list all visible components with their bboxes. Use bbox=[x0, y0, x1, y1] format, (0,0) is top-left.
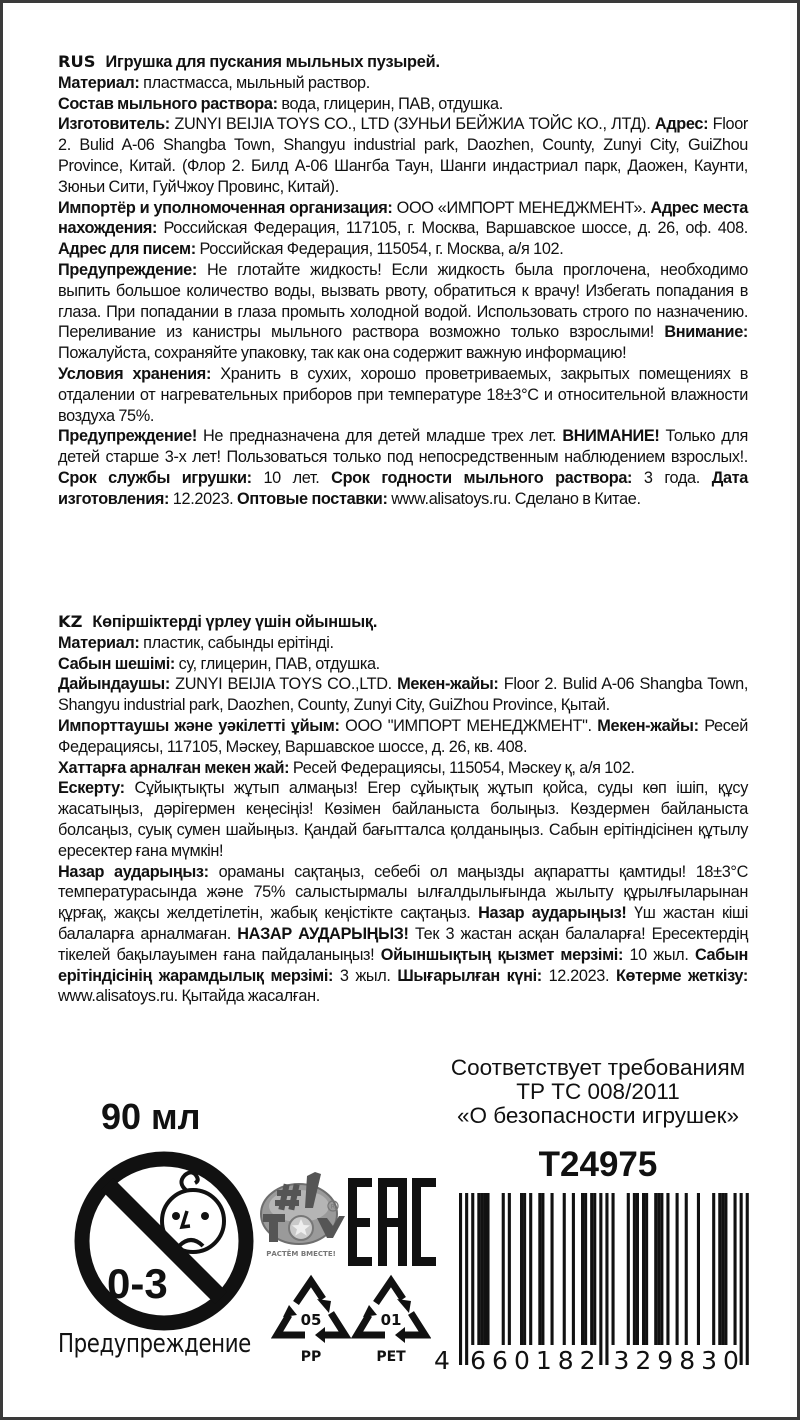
paragraph: Предупреждение: Не глотайте жидкость! Ес… bbox=[58, 260, 748, 364]
svg-text:PP: PP bbox=[301, 1349, 322, 1365]
field-label: Оптовые поставки: bbox=[237, 490, 387, 508]
paragraph: Назар аударыңыз: ораманы сақтаңыз, себеб… bbox=[58, 862, 748, 1008]
field-label: Материал: bbox=[58, 74, 139, 92]
field-value: 3 жыл. bbox=[333, 967, 397, 985]
field-label: Дайындаушы: bbox=[58, 675, 170, 693]
field-value: 12.2023. bbox=[542, 967, 616, 985]
field-label: Ойыншықтың қызмет мерзімі: bbox=[381, 946, 623, 964]
language-code: KZ bbox=[58, 612, 82, 631]
svg-text:R: R bbox=[331, 1204, 335, 1211]
svg-text:PET: PET bbox=[376, 1349, 406, 1365]
field-label: Мекен-жайы: bbox=[397, 675, 498, 693]
paragraph: Условия хранения: Хранить в сухих, хорош… bbox=[58, 364, 748, 426]
field-label: Предупреждение: bbox=[58, 261, 197, 279]
svg-text:660182: 660182 bbox=[470, 1346, 601, 1375]
product-title: Көпіршіктерді үрлеу үшін ойыншық. bbox=[92, 613, 377, 631]
field-label: ВНИМАНИЕ! bbox=[562, 427, 659, 445]
field-value: Пожалуйста, сохраняйте упаковку, так как… bbox=[58, 344, 626, 362]
field-label: Предупреждение! bbox=[58, 427, 197, 445]
field-label: Состав мыльного раствора: bbox=[58, 95, 278, 113]
field-value: 10 лет. bbox=[252, 469, 331, 487]
article-number: T24975 bbox=[443, 1145, 753, 1185]
field-label: Условия хранения: bbox=[58, 365, 211, 383]
field-value: Ресей Федерациясы, 115054, Мәскеу қ, а/я… bbox=[289, 759, 634, 777]
eac-mark-icon bbox=[346, 1176, 438, 1268]
recycle-icon: 05 PP bbox=[271, 1273, 351, 1373]
svg-text:4: 4 bbox=[434, 1346, 456, 1375]
field-label: Мекен-жайы: bbox=[597, 717, 698, 735]
field-label: Шығарылған күні: bbox=[397, 967, 541, 985]
svg-text:329830: 329830 bbox=[614, 1346, 745, 1375]
conformity-line: Соответствует требованиям bbox=[413, 1056, 783, 1080]
conformity-line: ТР ТС 008/2011 bbox=[413, 1080, 783, 1104]
paragraph: Хаттарға арналған мекен жай: Ресей Федер… bbox=[58, 758, 748, 779]
field-label: Хаттарға арналған мекен жай: bbox=[58, 759, 289, 777]
paragraph: Сабын шешімі: су, глицерин, ПАВ, отдушка… bbox=[58, 654, 748, 675]
field-label: Материал: bbox=[58, 634, 139, 652]
toy-logo-tagline: РАСТЁМ ВМЕСТЕ! bbox=[255, 1250, 347, 1258]
svg-text:0-3: 0-3 bbox=[107, 1260, 168, 1307]
field-value: пластик, сабынды ерітінді. bbox=[139, 634, 333, 652]
field-value: Сұйықтықты жұтып алмаңыз! Егер сұйықтық … bbox=[58, 779, 748, 859]
field-value: 12.2023. bbox=[169, 490, 237, 508]
svg-text:01: 01 bbox=[381, 1311, 402, 1329]
ean13-barcode: 4660182329830 bbox=[433, 1191, 763, 1381]
rus-paragraphs: Материал: пластмасса, мыльный раствор.Со… bbox=[58, 73, 748, 510]
field-value: ООО "ИМПОРТ МЕНЕДЖМЕНТ". bbox=[340, 717, 598, 735]
field-value: Российская Федерация, 115054, г. Москва,… bbox=[196, 240, 564, 258]
product-label: RUSИгрушка для пускания мыльных пузырей.… bbox=[0, 0, 800, 1420]
field-label: НАЗАР АУДАРЫҢЫЗ! bbox=[237, 925, 408, 943]
paragraph: Состав мыльного раствора: вода, глицерин… bbox=[58, 94, 748, 115]
field-value: пластмасса, мыльный раствор. bbox=[139, 74, 369, 92]
paragraph: Импорттаушы және уәкілетті ұйым: ООО "ИМ… bbox=[58, 716, 748, 758]
kz-header: KZКөпіршіктерді үрлеу үшін ойыншық. bbox=[58, 612, 748, 633]
paragraph: Импортёр и уполномоченная организация: О… bbox=[58, 198, 748, 260]
language-code: RUS bbox=[58, 52, 95, 71]
paragraph: Дайындаушы: ZUNYI BEIJIA TOYS CO.,LTD. М… bbox=[58, 674, 748, 716]
paragraph: Ескерту: Сұйықтықты жұтып алмаңыз! Егер … bbox=[58, 778, 748, 861]
field-label: Изготовитель: bbox=[58, 115, 170, 133]
field-label: Импорттаушы және уәкілетті ұйым: bbox=[58, 717, 340, 735]
volume-label: 90 мл bbox=[101, 1096, 201, 1138]
field-label: Ескерту: bbox=[58, 779, 125, 797]
conformity-statement: Соответствует требованиям ТР ТС 008/2011… bbox=[413, 1056, 783, 1128]
field-label: Внимание: bbox=[664, 323, 748, 341]
number-one-toy-logo: R РАСТЁМ ВМЕСТЕ! bbox=[255, 1166, 347, 1266]
recycle-icon: 01 PET bbox=[351, 1273, 431, 1373]
svg-text:05: 05 bbox=[301, 1311, 322, 1329]
rus-section: RUSИгрушка для пускания мыльных пузырей.… bbox=[58, 52, 748, 510]
warning-caption: Предупреждение bbox=[58, 1329, 251, 1359]
field-value: ZUNYI BEIJIA TOYS CO., LTD (ЗУНЬИ БЕЙЖИА… bbox=[170, 115, 655, 133]
field-label: Назар аударыңыз! bbox=[478, 904, 626, 922]
field-label: Адрес для писем: bbox=[58, 240, 196, 258]
product-title: Игрушка для пускания мыльных пузырей. bbox=[105, 53, 439, 71]
field-label: Сабын шешімі: bbox=[58, 655, 175, 673]
kz-section: KZКөпіршіктерді үрлеу үшін ойыншық. Мате… bbox=[58, 612, 748, 1007]
paragraph: Изготовитель: ZUNYI BEIJIA TOYS CO., LTD… bbox=[58, 114, 748, 197]
field-value: ООО «ИМПОРТ МЕНЕДЖМЕНТ». bbox=[392, 199, 650, 217]
field-label: Көтерме жеткізу: bbox=[616, 967, 748, 985]
field-value: Не предназначена для детей младше трех л… bbox=[197, 427, 562, 445]
no-children-under-3-icon: 0-3 bbox=[69, 1146, 259, 1336]
field-label: Адрес: bbox=[655, 115, 708, 133]
conformity-line: «О безопасности игрушек» bbox=[413, 1104, 783, 1128]
field-value: ZUNYI BEIJIA TOYS CO.,LTD. bbox=[170, 675, 397, 693]
field-value: су, глицерин, ПАВ, отдушка. bbox=[175, 655, 380, 673]
field-value: Российская Федерация, 117105, г. Москва,… bbox=[157, 219, 748, 237]
field-value: 3 года. bbox=[632, 469, 712, 487]
field-label: Срок службы игрушки: bbox=[58, 469, 252, 487]
field-label: Срок годности мыльного раствора: bbox=[331, 469, 632, 487]
field-label: Импортёр и уполномоченная организация: bbox=[58, 199, 392, 217]
kz-paragraphs: Материал: пластик, сабынды ерітінді.Сабы… bbox=[58, 633, 748, 1007]
field-value: www.alisatoys.ru. Сделано в Китае. bbox=[388, 490, 641, 508]
paragraph: Материал: пластмасса, мыльный раствор. bbox=[58, 73, 748, 94]
paragraph: Предупреждение! Не предназначена для дет… bbox=[58, 426, 748, 509]
rus-header: RUSИгрушка для пускания мыльных пузырей. bbox=[58, 52, 748, 73]
field-label: Назар аударыңыз: bbox=[58, 863, 209, 881]
field-value: 10 жыл. bbox=[623, 946, 695, 964]
field-value: вода, глицерин, ПАВ, отдушка. bbox=[278, 95, 503, 113]
field-value: www.alisatoys.ru. Қытайда жасалған. bbox=[58, 987, 320, 1005]
paragraph: Материал: пластик, сабынды ерітінді. bbox=[58, 633, 748, 654]
